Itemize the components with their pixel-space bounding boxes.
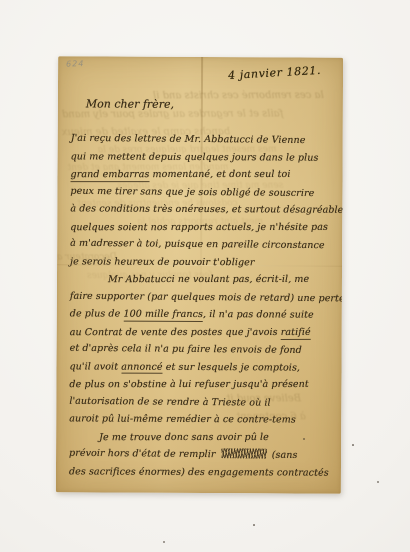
letter-line: au Contrat de vente des postes que j'avo… xyxy=(70,323,338,341)
letter-line: qu'il avoit annoncé et sur lesquels je c… xyxy=(69,358,337,377)
letter-text: qui me mettent depuis quelques jours dan… xyxy=(71,151,319,163)
letter-text: J'ai reçu des lettres de Mr. Abbatucci d… xyxy=(71,133,306,146)
letter-line: auroit pû lui-même remédier à ce contre-… xyxy=(69,410,337,429)
letter-text: de plus on s'obstine à lui refuser jusqu… xyxy=(69,379,308,390)
letter-line: J'ai reçu des lettres de Mr. Abbatucci d… xyxy=(71,130,339,150)
letter-text: Mr Abbatucci ne voulant pas, écrit-il, m… xyxy=(108,274,309,285)
letter-text: (sans xyxy=(269,450,298,461)
letter-line: l'autorisation de se rendre à Trieste où… xyxy=(69,392,337,412)
dust-speck xyxy=(163,541,165,543)
letter-text: de plus de xyxy=(70,308,124,319)
letter-line: et d'après cela il n'a pu faire les envo… xyxy=(70,340,338,360)
dust-speck xyxy=(377,481,379,483)
letter-page: la ces remborné ces christs and ilfails … xyxy=(56,56,343,493)
letter-line: quelques soient nos rapports actuels, je… xyxy=(70,218,338,236)
letter-text: et sur lesquels je comptois, xyxy=(163,361,300,373)
letter-text: à des conditions très onéreuses, et surt… xyxy=(70,203,343,215)
letter-line: Mr Abbatucci ne voulant pas, écrit-il, m… xyxy=(70,271,338,289)
letter-text: faire supporter (par quelques mois de re… xyxy=(70,290,343,304)
letter-salutation: Mon cher frère, xyxy=(86,97,174,110)
letter-line: de plus de 100 mille francs, il n'a pas … xyxy=(70,305,338,324)
dust-speck xyxy=(303,438,305,440)
letter-line: je serois heureux de pouvoir t'obliger xyxy=(70,253,338,272)
letter-text: qu'il avoit xyxy=(69,361,121,372)
letter-line: à m'adresser à toi, puisque en pareille … xyxy=(70,235,338,255)
dust-speck xyxy=(253,524,255,526)
letter-text: à m'adresser à toi, puisque en pareille … xyxy=(70,238,325,251)
letter-line: Je me trouve donc sans avoir pû le xyxy=(69,428,337,446)
bleedthrough-line: la ces remborné ces christs and il xyxy=(153,90,324,102)
letter-line: qui me mettent depuis quelques jours dan… xyxy=(71,148,339,167)
letter-line: peux me tirer sans que je sois obligé de… xyxy=(70,182,338,202)
letter-text: momentané, et dont seul toi xyxy=(149,169,290,180)
underlined-text: grand embarras xyxy=(71,169,150,182)
letter-text: et d'après cela il n'a pu faire les envo… xyxy=(70,343,302,356)
letter-line: grand embarras momentané, et dont seul t… xyxy=(71,166,339,184)
scratched-out-word xyxy=(221,448,267,458)
letter-line: prévoir hors d'état de remplir (sans xyxy=(69,445,337,465)
letter-line: de plus on s'obstine à lui refuser jusqu… xyxy=(69,376,337,394)
underlined-text: annoncé xyxy=(121,361,162,374)
letter-date: 4 janvier 1821. xyxy=(228,64,322,82)
underlined-text: ratifié xyxy=(281,326,311,339)
letter-line: des sacrifices énormes) des engagements … xyxy=(69,463,337,482)
letter-text: des sacrifices énormes) des engagements … xyxy=(69,466,329,478)
letter-text: Je me trouve donc sans avoir pû le xyxy=(99,431,269,442)
letter-text: peux me tirer sans que je sois obligé de… xyxy=(70,185,314,198)
letter-text: quelques soient nos rapports actuels, je… xyxy=(70,221,328,232)
letter-body: J'ai reçu des lettres de Mr. Abbatucci d… xyxy=(69,130,339,481)
letter-line: faire supporter (par quelques mois de re… xyxy=(70,287,338,307)
letter-line: à des conditions très onéreuses, et surt… xyxy=(70,200,338,219)
letter-text: au Contrat de vente des postes que j'avo… xyxy=(70,326,281,337)
letter-text: , il n'a pas donné suite xyxy=(203,309,314,321)
underlined-text: 100 mille francs xyxy=(123,309,203,322)
letter-text: l'autorisation de se rendre à Trieste où… xyxy=(69,395,270,408)
letter-photograph: la ces remborné ces christs and ilfails … xyxy=(0,0,410,552)
catalog-number: 624 xyxy=(66,59,85,70)
letter-text: je serois heureux de pouvoir t'obliger xyxy=(70,256,255,268)
letter-text: auroit pû lui-même remédier à ce contre-… xyxy=(69,413,296,425)
letter-text: prévoir hors d'état de remplir xyxy=(69,448,219,460)
dust-speck xyxy=(352,444,354,446)
